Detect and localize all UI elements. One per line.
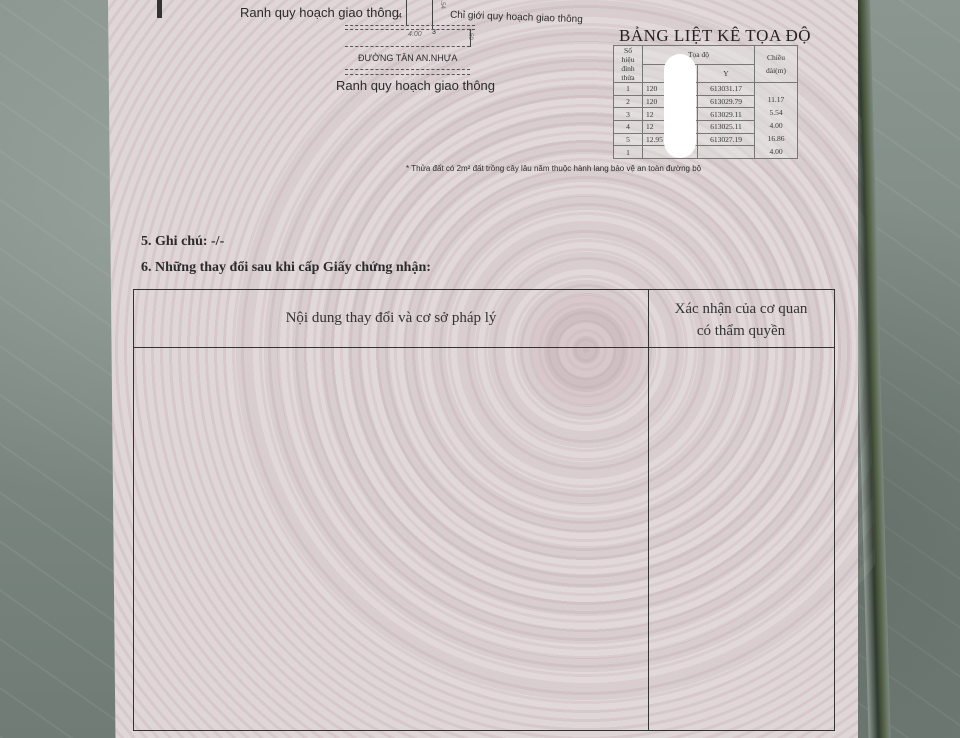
y-value: 613029.79 xyxy=(698,95,755,108)
y-value: 613031.17 xyxy=(698,83,755,96)
changes-table: Nội dung thay đổi và cơ sở pháp lý Xác n… xyxy=(133,289,835,731)
length-value: 5.54 xyxy=(758,106,794,119)
length-value: 11.17 xyxy=(758,93,794,106)
changes-section-title: 6. Những thay đổi sau khi cấp Giấy chứng… xyxy=(141,260,431,276)
coordinate-table-title: BẢNG LIỆT KÊ TỌA ĐỘ xyxy=(619,26,811,46)
length-value: 4.00 xyxy=(758,119,794,132)
header-authority-confirmation: Xác nhận của cơ quan có thẩm quyền xyxy=(648,298,834,342)
header-vertex-no: Số hiệu đỉnh thửa xyxy=(614,46,643,83)
setback-line xyxy=(470,29,471,47)
header-coordinates: Tọa độ xyxy=(643,46,755,65)
vertex-no: 1 xyxy=(614,146,643,159)
y-value: 613029.11 xyxy=(698,108,755,121)
vertex-no: 5 xyxy=(614,133,643,146)
y-value: 613027.19 xyxy=(698,133,755,146)
road-edge-bottom xyxy=(345,69,470,70)
header-change-content: Nội dung thay đổi và cơ sở pháp lý xyxy=(134,310,648,327)
y-value xyxy=(698,146,755,159)
y-value: 613025.11 xyxy=(698,120,755,133)
vertex-no: 3 xyxy=(614,108,643,121)
vertex-no: 1 xyxy=(614,83,643,96)
vertex-no: 4 xyxy=(614,120,643,133)
binder-clip xyxy=(157,0,162,18)
column-divider xyxy=(648,290,649,730)
length-value: 16.86 xyxy=(758,132,794,145)
redaction-blob xyxy=(664,54,696,158)
header-authority-line2: có thẩm quyền xyxy=(648,320,834,342)
point-label-3: 3 xyxy=(432,29,436,36)
road-edge-top xyxy=(345,46,470,47)
lot-edge-left xyxy=(406,0,407,26)
dimension-width: 4.00 xyxy=(408,31,422,38)
road-boundary-label-bottom: Ranh quy hoạch giao thông xyxy=(336,78,495,93)
authority-confirmation-cell[interactable] xyxy=(650,348,834,730)
road-boundary-label-top: Ranh quy hoạch giao thông xyxy=(240,5,399,20)
table-row: 1 120 613031.17 11.17 5.54 4.00 16.86 4.… xyxy=(614,83,798,96)
length-value: 4.00 xyxy=(758,145,794,158)
coordinate-table: Số hiệu đỉnh thửa Tọa độ Chiều dài(m) X … xyxy=(613,45,798,159)
road-name: ĐƯỜNG TÂN AN.NHỰA xyxy=(358,53,457,63)
header-vertex-no-text: Số hiệu đỉnh thửa xyxy=(621,46,634,82)
header-length: Chiều dài(m) xyxy=(755,46,798,83)
header-y: Y xyxy=(698,64,755,83)
notes-section: 5. Ghi chú: -/- xyxy=(141,234,224,250)
footnote: * Thửa đất có 2m² đất trồng cây lâu năm … xyxy=(406,164,701,173)
header-authority-line1: Xác nhận của cơ quan xyxy=(648,298,834,320)
length-column: 11.17 5.54 4.00 16.86 4.00 xyxy=(755,83,798,159)
dimension-side: 5.54 xyxy=(439,0,445,9)
point-label-4: 4 xyxy=(398,13,402,20)
vertex-no: 2 xyxy=(614,95,643,108)
planning-line-2 xyxy=(345,29,475,30)
road-edge-bottom-2 xyxy=(345,74,470,75)
change-content-cell[interactable] xyxy=(134,348,648,730)
planning-line xyxy=(345,25,475,26)
